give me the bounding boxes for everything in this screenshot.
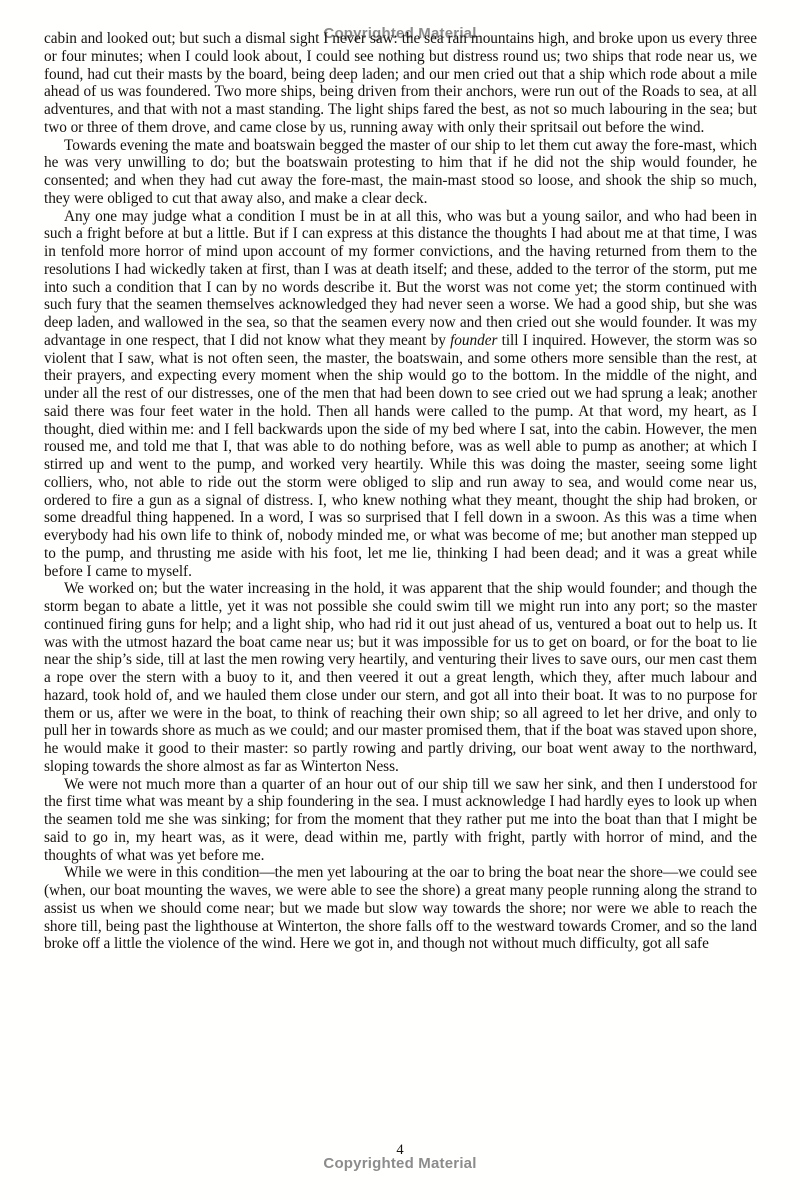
paragraph: Towards evening the mate and boatswain b… bbox=[44, 137, 757, 208]
italic-word: founder bbox=[450, 332, 497, 349]
paragraph: Any one may judge what a condition I mus… bbox=[44, 208, 757, 581]
text-run: Towards evening the mate and boatswain b… bbox=[44, 137, 757, 207]
text-run: We were not much more than a quarter of … bbox=[44, 776, 757, 864]
text-run: Any one may judge what a condition I mus… bbox=[44, 208, 757, 349]
text-run: While we were in this condition—the men … bbox=[44, 864, 757, 952]
text-run: We worked on; but the water increasing i… bbox=[44, 580, 757, 775]
paragraph: We worked on; but the water increasing i… bbox=[44, 580, 757, 775]
paragraph: cabin and looked out; but such a dismal … bbox=[44, 30, 757, 137]
paragraph: We were not much more than a quarter of … bbox=[44, 776, 757, 865]
page-number: 4 bbox=[0, 1142, 800, 1158]
text-run: till I inquired. However, the storm was … bbox=[44, 332, 757, 580]
text-run: cabin and looked out; but such a dismal … bbox=[44, 30, 757, 136]
paragraph: While we were in this condition—the men … bbox=[44, 864, 757, 953]
page-text: cabin and looked out; but such a dismal … bbox=[44, 30, 757, 953]
book-page: Copyrighted Material cabin and looked ou… bbox=[0, 0, 800, 1200]
